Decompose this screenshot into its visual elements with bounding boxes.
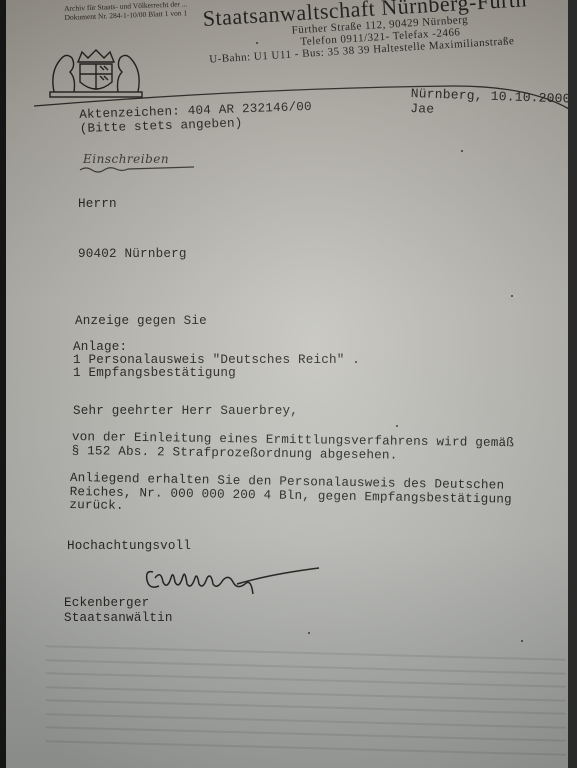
bleed-through-text [46,640,566,760]
signer-title: Staatsanwältin [64,611,173,626]
speck [461,150,463,152]
body-paragraph-2: Anliegend erhalten Sie den Personalauswe… [69,472,512,520]
speck [396,425,398,427]
speck [308,632,310,634]
enclosures: Anlage: 1 Personalausweis "Deutsches Rei… [73,341,360,380]
closing-greeting: Hochachtungsvoll [67,539,191,553]
date-block: Nürnberg, 10.10.2000 Jae [410,86,568,122]
signer-name: Eckenberger [64,596,173,611]
photo-right-edge [568,0,577,768]
recipient-salutation: Herrn [78,197,117,211]
subject-line: Anzeige gegen Sie [75,314,207,328]
letter-salutation: Sehr geehrter Herr Sauerbrey, [73,404,298,418]
enclosure-item: 1 Empfangsbestätigung [73,367,360,380]
handwritten-underline [78,164,198,176]
speck [256,42,258,44]
signer-block: Eckenberger Staatsanwältin [64,596,173,626]
speck [511,295,513,297]
speck [521,640,523,642]
recipient-city: 90402 Nürnberg [78,247,187,261]
archive-note: Archiv für Staats- und Völkerrecht der .… [64,0,188,22]
body-paragraph-1: von der Einleitung eines Ermittlungsverf… [72,430,515,464]
letter-page: Archiv für Staats- und Völkerrecht der .… [6,0,568,768]
letterhead: Staatsanwaltschaft Nürnberg-Fürth Fürthe… [202,0,530,66]
